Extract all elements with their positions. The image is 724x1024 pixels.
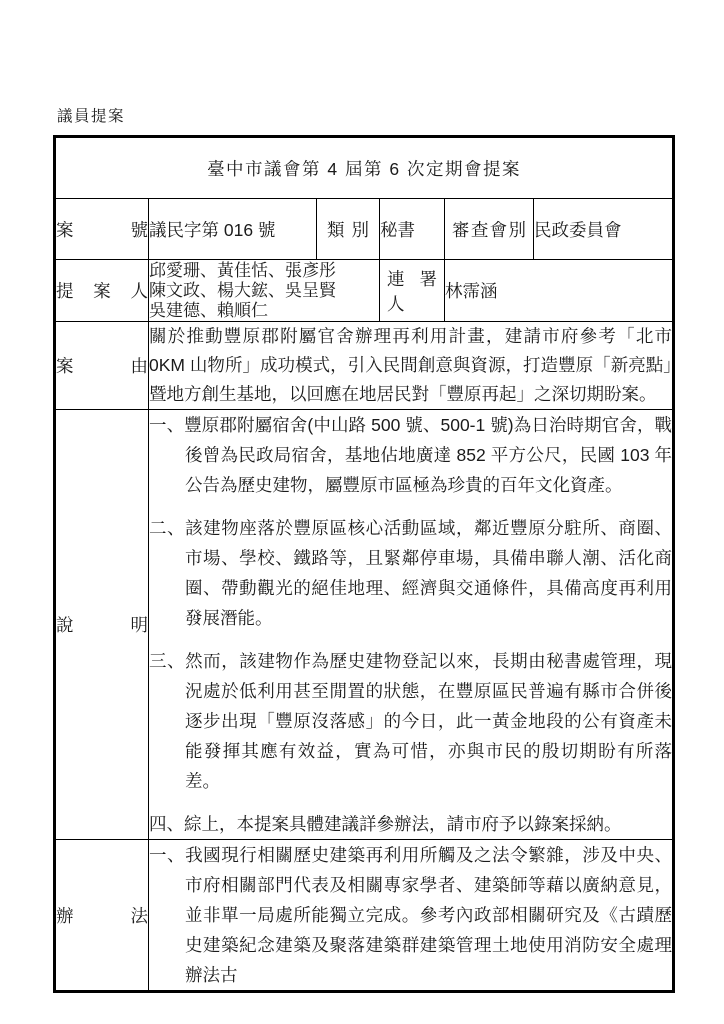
subject-label: 案由 [55, 322, 149, 410]
measures-item-1: 一、我國現行相關歷史建築再利用所觸及之法令繁雜，涉及中央、市府相關部門代表及相關… [149, 840, 672, 990]
explanation-item-1: 一、豐原郡附屬宿舍(中山路 500 號、500-1 號)為日治時期官舍，戰後曾為… [149, 410, 672, 500]
document-title: 臺中市議會第 4 屆第 6 次定期會提案 [55, 137, 674, 199]
doc-type-label: 議員提案 [57, 104, 125, 126]
explanation-item-4: 四、綜上，本提案具體建議詳參辦法，請市府予以錄案採納。 [149, 809, 672, 839]
explanation-item-3: 三、然而，該建物作為歷史建物登記以來，長期由秘書處管理，現況處於低利用甚至閒置的… [149, 646, 672, 796]
title-row: 臺中市議會第 4 屆第 6 次定期會提案 [55, 137, 674, 199]
measures-row: 辦法 一、我國現行相關歷史建築再利用所觸及之法令繁雜，涉及中央、市府相關部門代表… [55, 840, 674, 992]
proposers-row: 提案人 邱愛珊、黃佳恬、張彥彤 陳文政、楊大鋐、吳呈賢 吳建德、賴順仁 連署人 … [55, 260, 674, 322]
document-page: 議員提案 臺中市議會第 4 屆第 6 次定期會提案 案號 議民字第 016 號 … [0, 0, 724, 1024]
review-committee-value: 民政委員會 [534, 199, 674, 260]
proposers-line: 吳建德、賴順仁 [149, 301, 379, 321]
explanation-row: 說明 一、豐原郡附屬宿舍(中山路 500 號、500-1 號)為日治時期官舍，戰… [55, 410, 674, 840]
measures-text: 一、我國現行相關歷史建築再利用所觸及之法令繁雜，涉及中央、市府相關部門代表及相關… [149, 840, 674, 992]
proposers-label: 提案人 [55, 260, 149, 322]
proposal-table: 臺中市議會第 4 屆第 6 次定期會提案 案號 議民字第 016 號 類別 秘書… [53, 135, 675, 993]
subject-text: 關於推動豐原郡附屬官舍辦理再利用計畫，建請市府參考「北市 0KM 山物所」成功模… [149, 322, 674, 410]
category-value: 秘書 [380, 199, 445, 260]
cosigners-label: 連署人 [380, 260, 445, 322]
explanation-text: 一、豐原郡附屬宿舍(中山路 500 號、500-1 號)為日治時期官舍，戰後曾為… [149, 410, 674, 840]
measures-label: 辦法 [55, 840, 149, 992]
subject-row: 案由 關於推動豐原郡附屬官舍辦理再利用計畫，建請市府參考「北市 0KM 山物所」… [55, 322, 674, 410]
proposers-line: 陳文政、楊大鋐、吳呈賢 [149, 281, 379, 301]
explanation-item-2: 二、該建物座落於豐原區核心活動區域，鄰近豐原分駐所、商圈、市場、學校、鐵路等，且… [149, 513, 672, 633]
category-label: 類別 [317, 199, 380, 260]
proposers-value: 邱愛珊、黃佳恬、張彥彤 陳文政、楊大鋐、吳呈賢 吳建德、賴順仁 [149, 260, 380, 322]
review-committee-label: 審查會別 [445, 199, 534, 260]
case-number-label: 案號 [55, 199, 149, 260]
case-number-value: 議民字第 016 號 [149, 199, 317, 260]
cosigners-value: 林霈涵 [445, 260, 674, 322]
proposers-line: 邱愛珊、黃佳恬、張彥彤 [149, 261, 379, 281]
meta-row: 案號 議民字第 016 號 類別 秘書 審查會別 民政委員會 [55, 199, 674, 260]
explanation-label: 說明 [55, 410, 149, 840]
